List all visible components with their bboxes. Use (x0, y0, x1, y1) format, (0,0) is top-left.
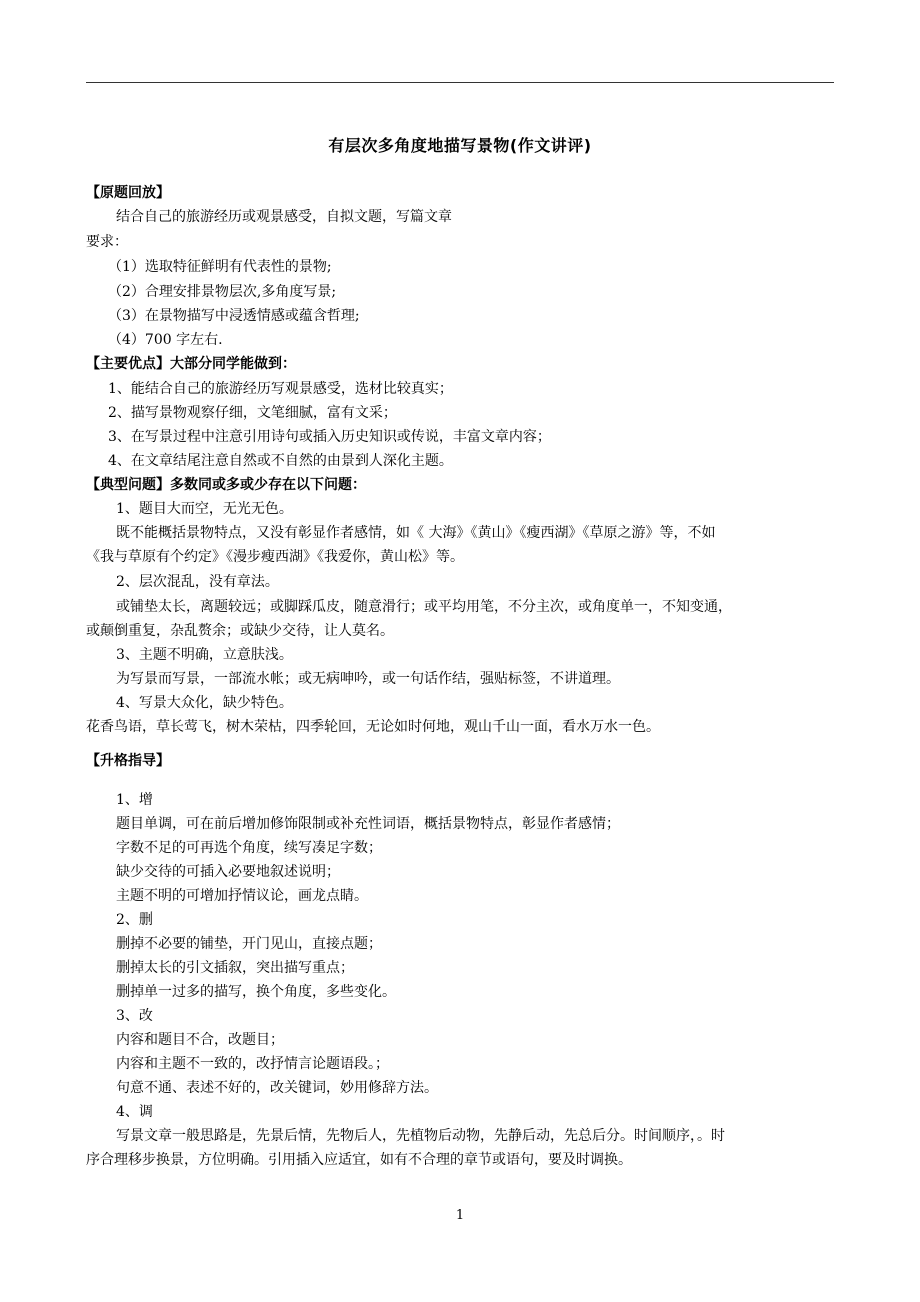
requirement-item: （4）700 字左右. (108, 330, 223, 350)
guidance-line: 题目单调，可在前后增加修饰限制或补充性词语，概括景物特点，彰显作者感情； (116, 814, 620, 834)
problem-title: 1、题目大而空，无光无色。 (116, 499, 293, 519)
guidance-title: 1、增 (116, 790, 153, 810)
guidance-line: 删掉单一过多的描写，换个角度，多些变化。 (116, 982, 396, 1002)
section-heading-problems: 【典型问题】多数同或多或少存在以下问题： (86, 475, 366, 495)
requirement-item: （3）在景物描写中浸透情感或蕴含哲理; (108, 306, 360, 326)
section-heading-strengths: 【主要优点】大部分同学能做到： (86, 354, 296, 374)
prompt-text: 结合自己的旅游经历或观景感受，自拟文题，写篇文章 (116, 207, 452, 227)
requirement-item: （2）合理安排景物层次,多角度写景; (108, 282, 336, 302)
guidance-line: 删掉太长的引文插叙，突出描写重点； (116, 958, 354, 978)
guidance-title: 2、删 (116, 910, 153, 930)
guidance-line: 删掉不必要的铺垫，开门见山，直接点题； (116, 934, 382, 954)
guidance-line: 主题不明的可增加抒情议论，画龙点睛。 (116, 886, 368, 906)
problem-line: 或铺垫太长，离题较远；或脚踩瓜皮，随意滑行；或平均用笔，不分主次，或角度单一，不… (116, 597, 732, 617)
strength-item: 3、在写景过程中注意引用诗句或插入历史知识或传说，丰富文章内容； (108, 427, 551, 447)
document-title: 有层次多角度地描写景物(作文讲评) (0, 133, 920, 156)
page-number: 1 (0, 1208, 920, 1223)
guidance-line: 句意不通、表述不好的，改关键词，妙用修辞方法。 (116, 1078, 438, 1098)
problem-line: 既不能概括景物特点，又没有彰显作者感情，如《 大海》《黄山》《瘦西湖》《草原之游… (116, 523, 715, 543)
guidance-line: 序合理移步换景，方位明确。引用插入应适宜，如有不合理的章节或语句，要及时调换。 (86, 1150, 632, 1170)
guidance-line: 内容和主题不一致的，改抒情言论题语段。； (116, 1054, 389, 1074)
guidance-line: 缺少交待的可插入必要地叙述说明； (116, 862, 340, 882)
problem-line: 花香鸟语，草长莺飞，树木荣枯，四季轮回，无论如时何地，观山千山一面，看水万水一色… (86, 717, 660, 737)
header-rule (86, 82, 834, 83)
problem-title: 2、层次混乱，没有章法。 (116, 572, 279, 592)
guidance-title: 3、改 (116, 1006, 153, 1026)
problem-line: 或颠倒重复，杂乱赘余；或缺少交待，让人莫名。 (86, 621, 394, 641)
problem-line: 《我与草原有个约定》《漫步瘦西湖》《我爱你，黄山松》等。 (86, 547, 464, 567)
guidance-line: 字数不足的可再选个角度，续写凑足字数； (116, 838, 382, 858)
section-heading-original: 【原题回放】 (86, 183, 170, 203)
requirements-label: 要求： (86, 232, 128, 252)
problem-title: 4、写景大众化，缺少特色。 (116, 693, 293, 713)
strength-item: 4、在文章结尾注意自然或不自然的由景到人深化主题。 (108, 451, 453, 471)
section-heading-guidance: 【升格指导】 (86, 751, 170, 771)
requirement-item: （1）选取特征鲜明有代表性的景物; (108, 257, 332, 277)
strength-item: 2、描写景物观察仔细，文笔细腻，富有文采； (108, 403, 397, 423)
strength-item: 1、能结合自己的旅游经历写观景感受，选材比较真实； (108, 379, 453, 399)
problem-line: 为写景而写景，一部流水帐；或无病呻吟，或一句话作结，强贴标签，不讲道理。 (116, 669, 620, 689)
guidance-line: 写景文章一般思路是，先景后情，先物后人，先植物后动物，先静后动，先总后分。时间顺… (116, 1126, 725, 1146)
problem-title: 3、主题不明确，立意肤浅。 (116, 645, 293, 665)
guidance-line: 内容和题目不合，改题目； (116, 1030, 284, 1050)
guidance-title: 4、调 (116, 1102, 153, 1122)
